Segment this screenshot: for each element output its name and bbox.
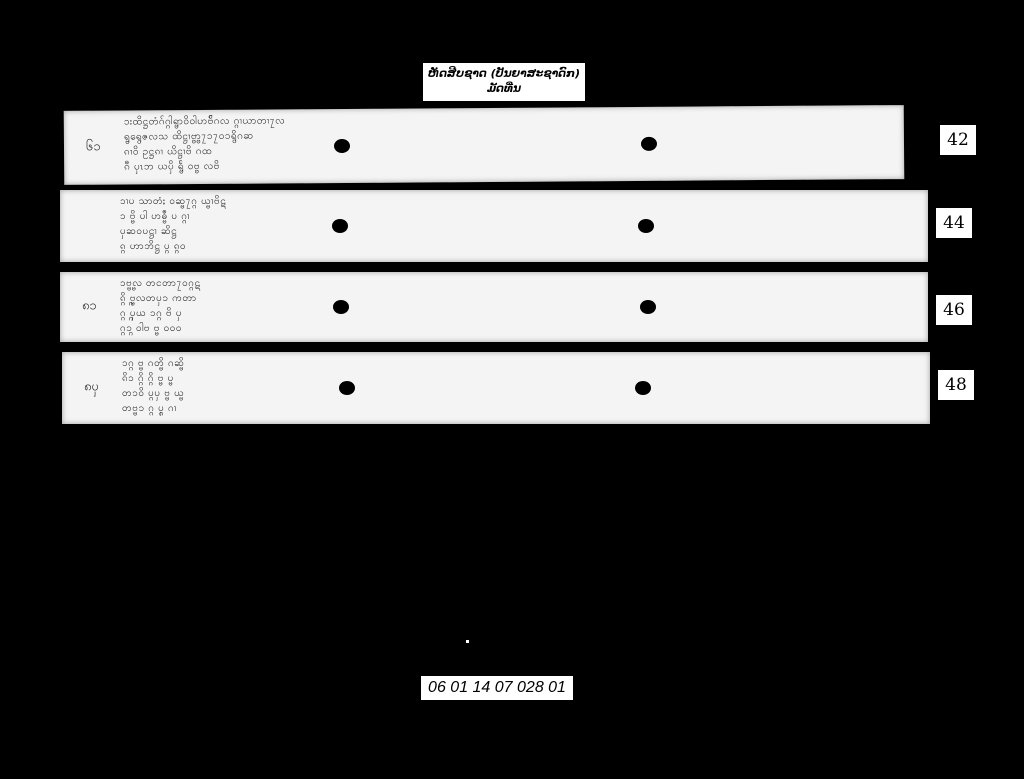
string-hole-left [339,381,355,395]
leaf-text: ၥၢပ သာတံႈ ဝဆ္ဗ႗ဂ္ဂ ယ္ဗၢဗိဋ ၥ ဗ္ဗိ ပါ ဟဓ္… [120,194,914,258]
dust-speck [466,640,469,643]
leaf-text: ၥးထိဋ္ဌတံဂ်ဂ္ဂါရ္ဗာဝိဝါဟဗ်ိဂလ ဂ္ဂၢယာတၢ႗လ… [124,109,890,180]
string-hole-left [334,139,350,153]
page-number-tag-46: 46 [936,295,972,325]
palm-leaf-42: ၆၁ ၥးထိဋ္ဌတံဂ်ဂ္ဂါရ္ဗာဝိဝါဟဗ်ိဂလ ဂ္ဂၢယာတ… [64,105,904,185]
palm-leaf-48: ၈ၦ ၥဂ္ဂ ဗ္ဗ ဂတ္ဗိ ဂဆ္ဗိ ၵိၥ ဂ္ဂိ ဂ္ဂိ ဗ္… [62,352,930,424]
page-number-tag-42: 42 [940,125,976,155]
string-hole-right [640,300,656,314]
string-hole-right [635,381,651,395]
leaf-text: ၥဗ္ဗ္ဗလ တငတာ႗ဝဂ္ဂဋ ၵ္ဂ္ဂိ ဗ္ဗလတၦၥ ကတာ ဂ္… [120,276,914,338]
string-hole-right [641,137,657,151]
leaf-margin-number: ၈ၦ [84,379,99,398]
string-hole-left [333,300,349,314]
string-hole-right [638,219,654,233]
title-line-2: ມັດທີ່ນ [423,81,585,96]
reference-code-label: 06 01 14 07 028 01 [421,676,573,700]
palm-leaf-44: ၥၢပ သာတံႈ ဝဆ္ဗ႗ဂ္ဂ ယ္ဗၢဗိဋ ၥ ဗ္ဗိ ပါ ဟဓ္… [60,190,928,262]
leaf-margin-number: ၆၁ [86,138,101,157]
palm-leaf-46: ၈ၥ ၥဗ္ဗ္ဗလ တငတာ႗ဝဂ္ဂဋ ၵ္ဂ္ဂိ ဗ္ဗလတၦၥ ကတာ… [60,272,928,342]
page-number-tag-44: 44 [936,208,972,238]
leaf-text: ၥဂ္ဂ ဗ္ဗ ဂတ္ဗိ ဂဆ္ဗိ ၵိၥ ဂ္ဂိ ဂ္ဂိ ဗ္ဗ ပ… [122,356,916,420]
leaf-margin-number: ၈ၥ [82,298,97,317]
title-line-1: ຫັດສີບຊາດ (ປັນຍາສະຊາດົກ) [423,66,585,81]
string-hole-left [332,219,348,233]
page-number-tag-48: 48 [938,370,974,400]
manuscript-title-label: ຫັດສີບຊາດ (ປັນຍາສະຊາດົກ) ມັດທີ່ນ [423,63,585,101]
